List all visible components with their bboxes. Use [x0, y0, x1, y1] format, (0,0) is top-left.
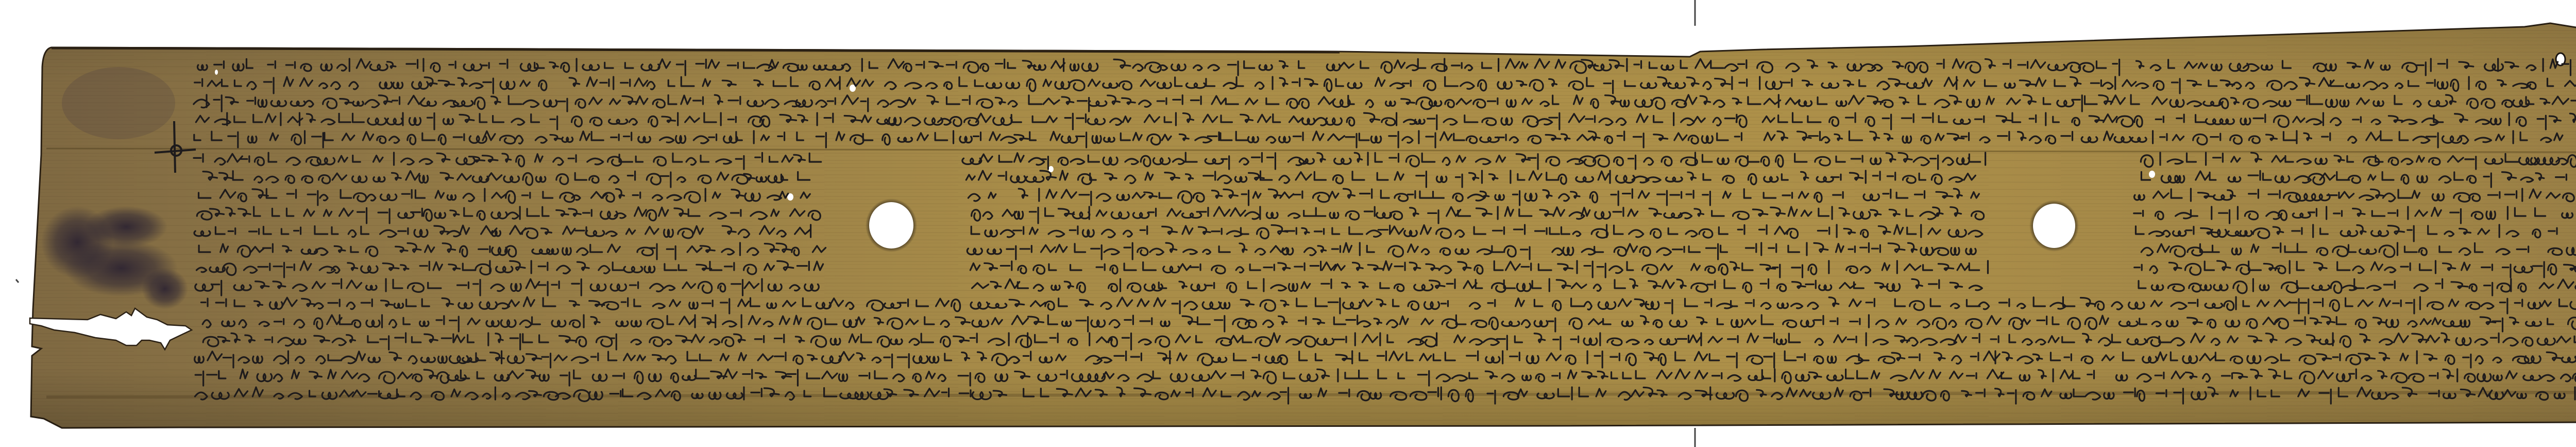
manuscript-scan: [0, 0, 2576, 447]
string-hole-right: [2029, 200, 2079, 252]
string-hole-left: [866, 198, 917, 252]
